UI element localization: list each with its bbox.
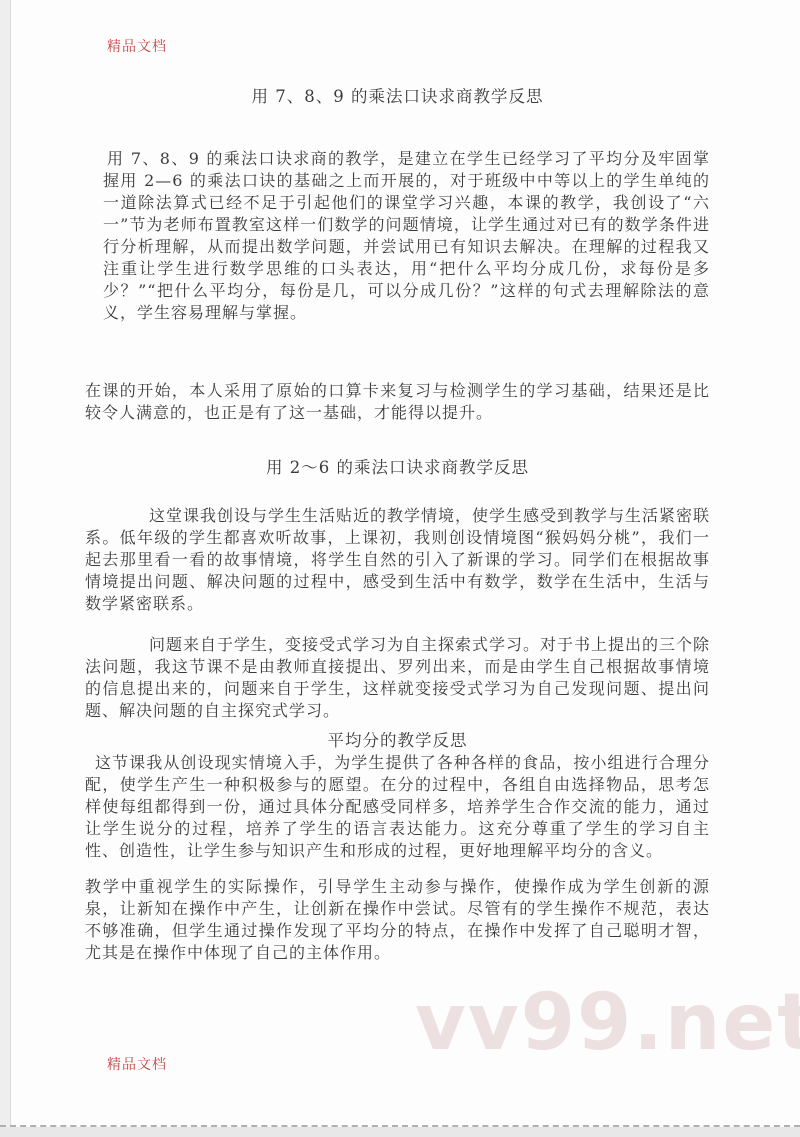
paragraph-2: 在课的开始，本人采用了原始的口算卡来复习与检测学生的学习基础，结果还是比较令人满…: [85, 380, 710, 424]
paragraph-6: 教学中重视学生的实际操作，引导学生主动参与操作，使操作成为学生创新的源泉，让新知…: [85, 876, 710, 964]
page-footer-label: 精品文档: [107, 1054, 167, 1074]
document-title-1: 用 7、8、9 的乘法口诀求商教学反思: [85, 86, 710, 108]
viewer-left-gutter: [0, 0, 11, 1137]
document-title-3: 平均分的教学反思: [85, 730, 710, 752]
site-watermark: vv99.net: [415, 978, 800, 1068]
document-title-2: 用 2～6 的乘法口诀求商教学反思: [85, 457, 710, 479]
viewer-bottom-area: [0, 1127, 800, 1137]
paragraph-4: 问题来自于学生，变接受式学习为自主探索式学习。对于书上提出的三个除法问题，我这节…: [85, 634, 710, 722]
paragraph-3: 这堂课我创设与学生生活贴近的教学情境，使学生感受到教学与生活紧密联系。低年级的学…: [85, 505, 710, 615]
paragraph-1: 用 7、8、9 的乘法口诀求商的教学，是建立在学生已经学习了平均分及牢固掌握用 …: [103, 148, 710, 324]
document-content: 用 7、8、9 的乘法口诀求商教学反思 用 7、8、9 的乘法口诀求商的教学，是…: [85, 0, 710, 964]
paragraph-5: 这节课我从创设现实情境入手，为学生提供了各种各样的食品，按小组进行合理分配，使学…: [85, 752, 710, 862]
